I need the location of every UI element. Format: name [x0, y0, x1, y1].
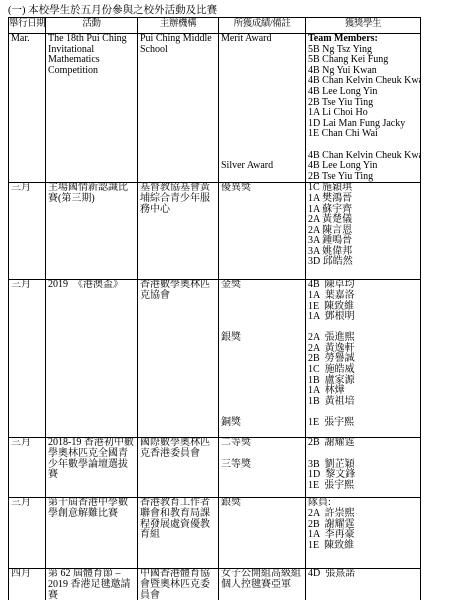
table-row: 三月2018-19 香港初中數學奧林匹克全國青少年數學論壇選拔賽國際數學奧林匹克…: [9, 438, 421, 498]
cell-date: 三月: [9, 183, 46, 280]
result-line: 優異獎: [221, 183, 303, 194]
student-line: 1E 張宇熙: [308, 418, 418, 429]
cell-activity: 2018-19 香港初中數學奧林匹克全國青少年數學論壇選拔賽: [46, 438, 138, 498]
student-line: 2B Tse Yiu Ting: [308, 172, 418, 183]
table-row: 三月2019 《港澳盃》香港數學奧林匹克協會金獎銀獎銅獎4B 陳卓均1A 葉嘉洛…: [9, 280, 421, 438]
col-header-activity: 活動: [46, 18, 138, 34]
cell-students: 4D 張熹諾: [306, 569, 421, 600]
cell-date: Mar.: [9, 34, 46, 183]
cell-results: 二等獎三等獎: [219, 438, 306, 498]
cell-activity: 第十屆香港中學數學創意解難比賽: [46, 498, 138, 569]
activities-table: 舉行日期 活動 主辦機構 所獲成績/備註 獲獎學生 Mar.The 18th P…: [8, 17, 421, 600]
result-line: 銀獎: [221, 333, 303, 344]
result-line: 二等獎: [221, 438, 303, 449]
col-header-students: 獲獎學生: [306, 18, 421, 34]
cell-activity: The 18th Pui Ching Invitational Mathemat…: [46, 34, 138, 183]
result-line: [221, 98, 303, 109]
cell-organizer: 國際數學奧林匹克香港委員會: [138, 438, 219, 498]
page-title: (一) 本校學生於五月份參與之校外活動及比賽: [8, 5, 459, 16]
result-line: [221, 87, 303, 98]
cell-date: 四月: [9, 569, 46, 600]
cell-organizer: 中國香港體育協會暨奧林匹克委員會: [138, 569, 219, 600]
cell-students: 1C 施穎琪1A 樊鴻晉1A 蘇宇齊2A 黃楚儀2A 陳言恩3A 鍾鳴晉3A 姚…: [306, 183, 421, 280]
result-line: [221, 45, 303, 56]
result-line: [221, 397, 303, 408]
cell-students: 隊員:2A 許崇熙2B 謝耀霆1A 李再豪1E 陳致維: [306, 498, 421, 569]
student-line: 1A 葉嘉洛: [308, 291, 418, 302]
table-row: 三月主場國情新認識比賽(第三期)基督教協基會黃埔綜合青少年服務中心優異獎1C 施…: [9, 183, 421, 280]
result-line: [221, 140, 303, 151]
result-line: Silver Award: [221, 161, 303, 172]
student-line: 1B 黃祖培: [308, 397, 418, 408]
student-line: 4D 張熹諾: [308, 569, 418, 580]
student-line: 2B 謝耀霆: [308, 438, 418, 449]
cell-results: 銀獎: [219, 498, 306, 569]
result-line: [221, 449, 303, 460]
cell-activity: 主場國情新認識比賽(第三期): [46, 183, 138, 280]
cell-results: 金獎銀獎銅獎: [219, 280, 306, 438]
cell-activity: 2019 《港澳盃》: [46, 280, 138, 438]
student-line: 3D 邱皓然: [308, 257, 418, 268]
student-line: 1A 鄧根明: [308, 312, 418, 323]
cell-results: Merit AwardSilver Award: [219, 34, 306, 183]
result-line: [221, 129, 303, 140]
cell-students: 4B 陳卓均1A 葉嘉洛1E 陳致維1A 鄧根明2A 張進熙2A 黃逸軒2B 勞…: [306, 280, 421, 438]
student-line: Team Members:: [308, 34, 418, 45]
cell-students: 2B 謝耀霆3B 劉芷穎1D 黎文鋒1E 張宇熙: [306, 438, 421, 498]
result-line: [221, 76, 303, 87]
table-header-row: 舉行日期 活動 主辦機構 所獲成績/備註 獲獎學生: [9, 18, 421, 34]
result-line: 銅獎: [221, 418, 303, 429]
result-line: 女子公開組高級組個人控毽賽亞軍: [221, 569, 303, 590]
result-line: [221, 386, 303, 397]
result-line: [221, 354, 303, 365]
result-line: [221, 55, 303, 66]
cell-date: 三月: [9, 498, 46, 569]
cell-date: 三月: [9, 438, 46, 498]
result-line: [221, 302, 303, 313]
result-line: 三等獎: [221, 460, 303, 471]
col-header-date: 舉行日期: [9, 18, 46, 34]
result-line: [221, 344, 303, 355]
cell-students: Team Members:5B Ng Tsz Ying5B Chang Kei …: [306, 34, 421, 183]
result-line: [221, 119, 303, 130]
table-row: 三月第十屆香港中學數學創意解難比賽香港教育工作者聯會和教育局課程發展處資優教育組…: [9, 498, 421, 569]
result-line: [221, 365, 303, 376]
result-line: Merit Award: [221, 34, 303, 45]
cell-results: 女子公開組高級組個人控毽賽亞軍: [219, 569, 306, 600]
cell-organizer: 基督教協基會黃埔綜合青少年服務中心: [138, 183, 219, 280]
result-line: [221, 376, 303, 387]
col-header-results: 所獲成績/備註: [219, 18, 306, 34]
result-line: 金獎: [221, 280, 303, 291]
student-line: 4B Lee Long Yin: [308, 87, 418, 98]
cell-activity: 第 62 屆體育節 – 2019 香港足毽邀請賽: [46, 569, 138, 600]
table-row: Mar.The 18th Pui Ching Invitational Math…: [9, 34, 421, 183]
cell-organizer: 香港數學奧林匹克協會: [138, 280, 219, 438]
student-line: [308, 140, 418, 151]
col-header-organizer: 主辦機構: [138, 18, 219, 34]
cell-results: 優異獎: [219, 183, 306, 280]
result-line: [221, 312, 303, 323]
student-line: 1A 樊鴻晉: [308, 194, 418, 205]
cell-date: 三月: [9, 280, 46, 438]
student-line: 1E Chan Chi Wai: [308, 129, 418, 140]
result-line: 銀獎: [221, 498, 303, 509]
student-line: [308, 449, 418, 460]
cell-organizer: 香港教育工作者聯會和教育局課程發展處資優教育組: [138, 498, 219, 569]
table-row: 四月第 62 屆體育節 – 2019 香港足毽邀請賽中國香港體育協會暨奧林匹克委…: [9, 569, 421, 600]
result-line: [221, 108, 303, 119]
result-line: [221, 66, 303, 77]
student-line: 1E 陳致維: [308, 541, 418, 552]
cell-organizer: Pui Ching Middle School: [138, 34, 219, 183]
student-line: 1E 張宇熙: [308, 481, 418, 492]
student-line: 2A 許崇熙: [308, 509, 418, 520]
result-line: [221, 291, 303, 302]
